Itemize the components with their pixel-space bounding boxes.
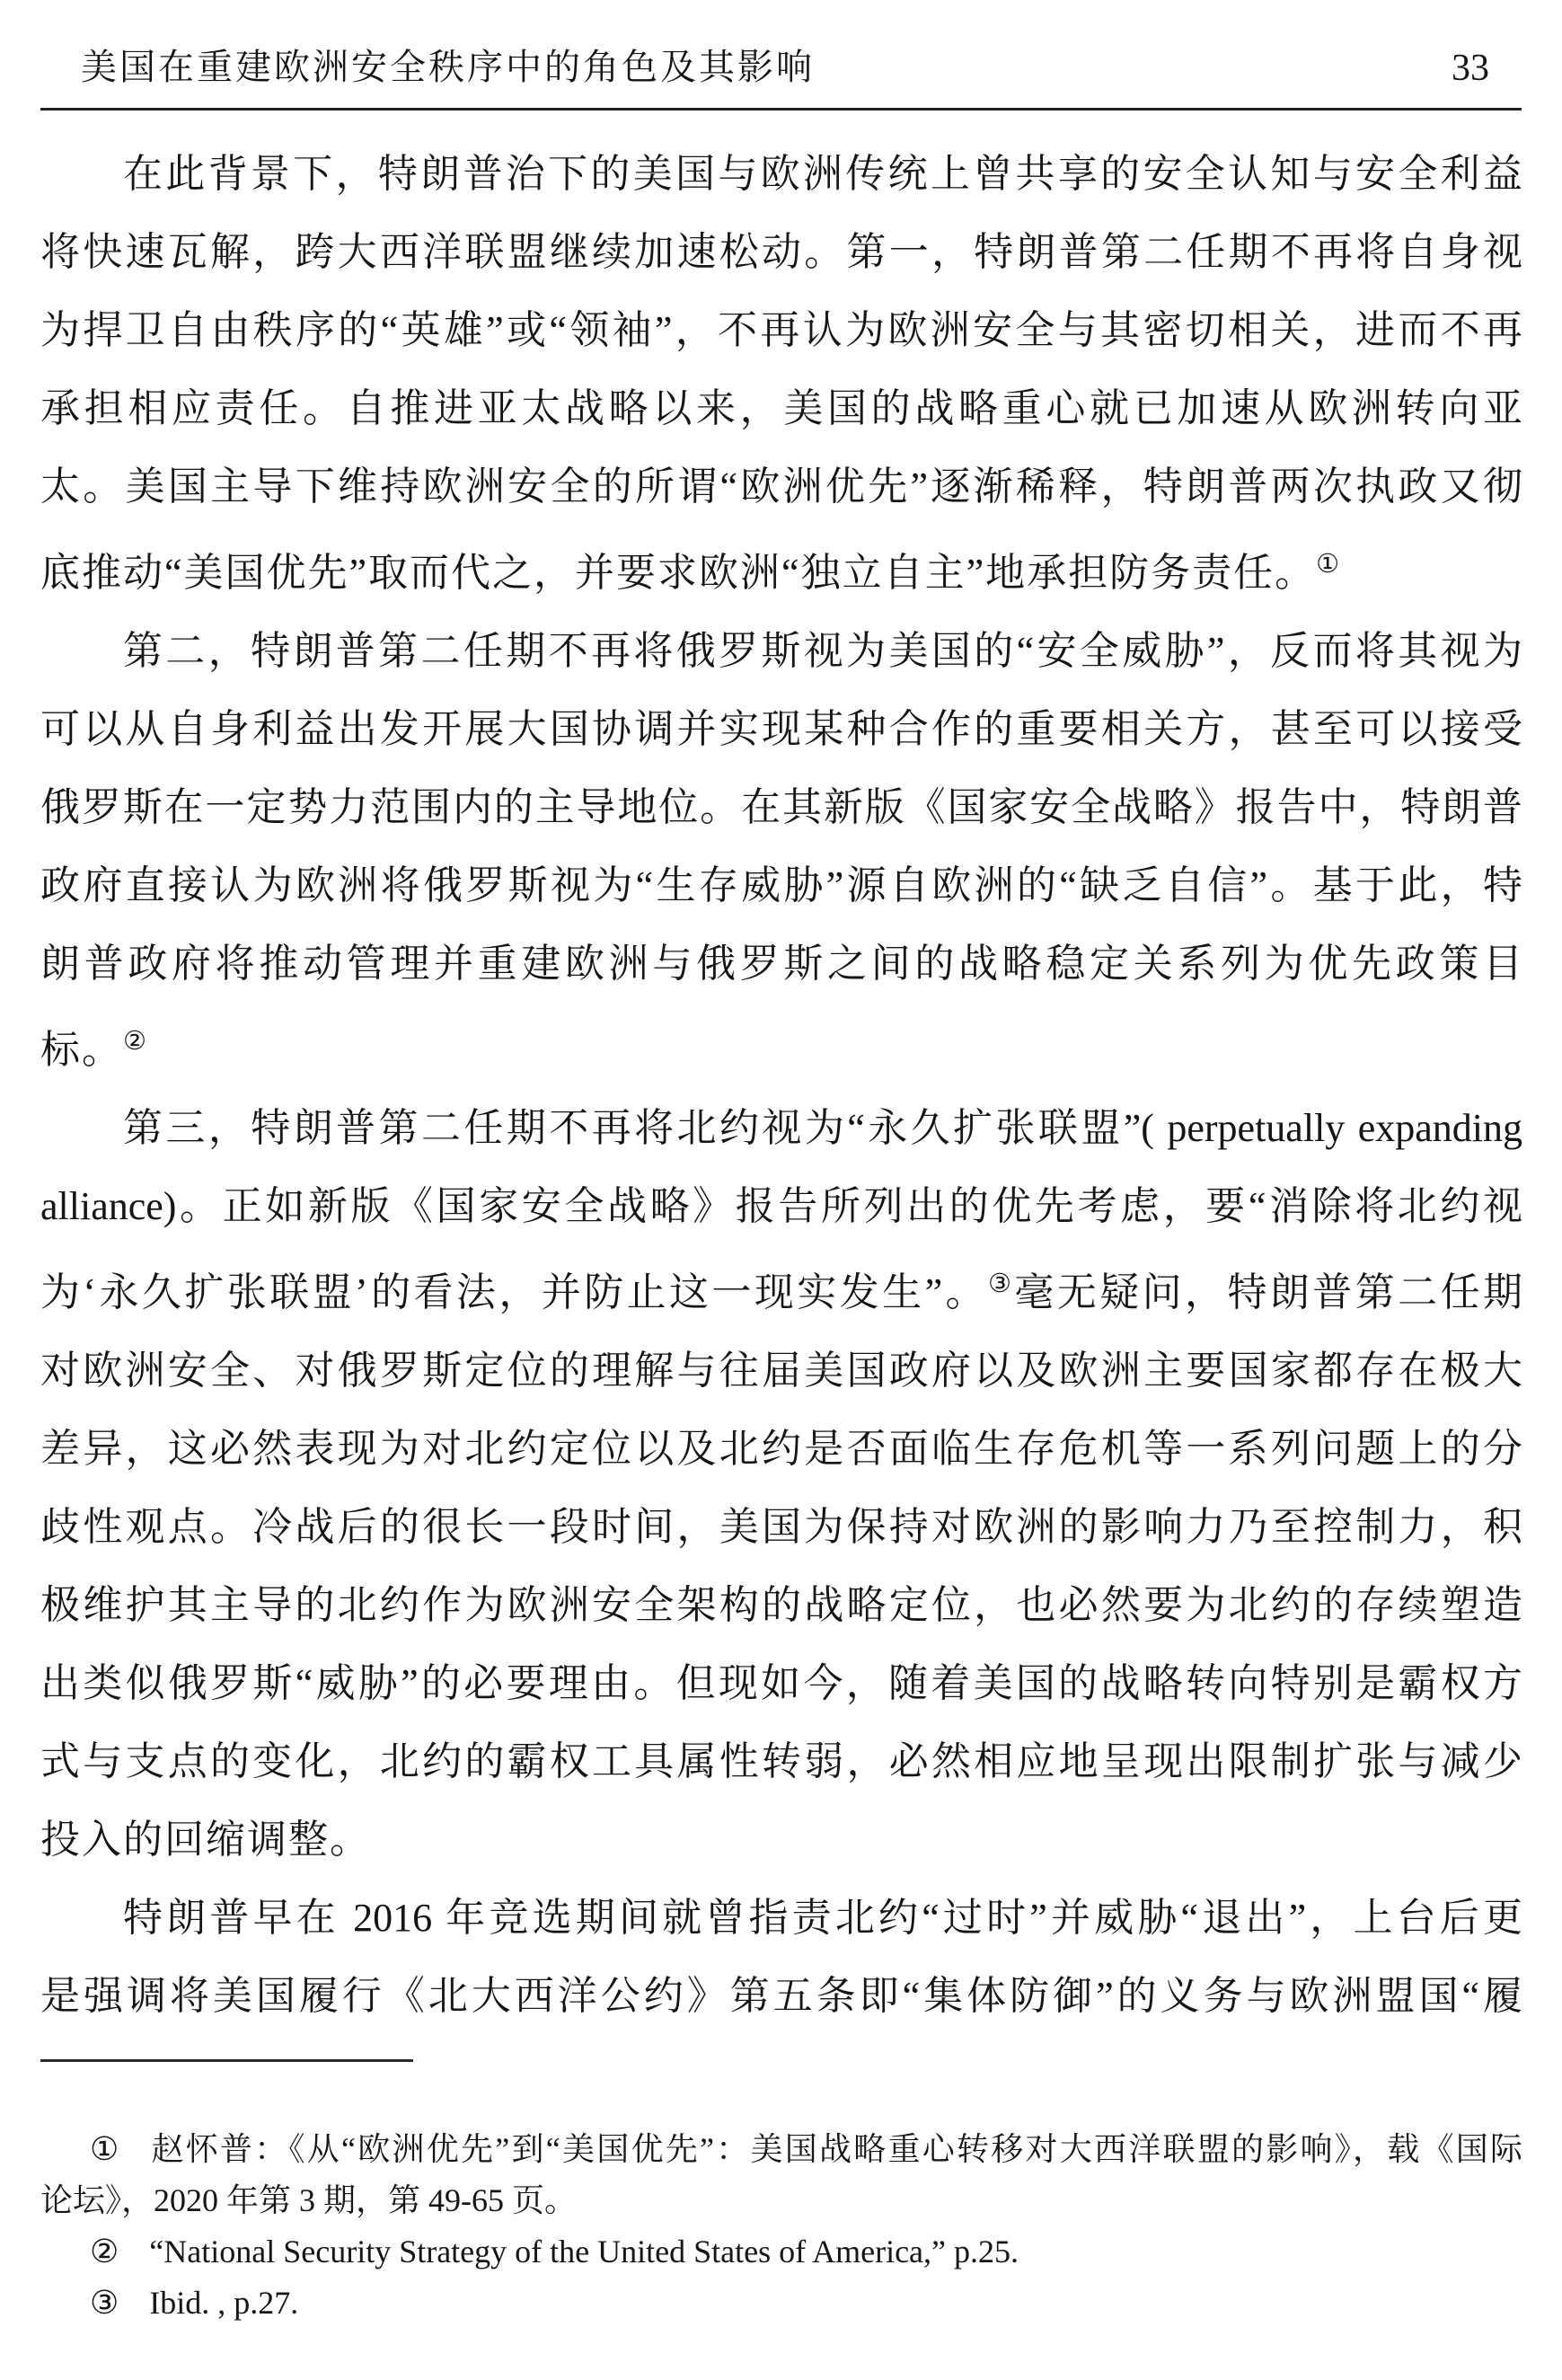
body-text: 标。: [40, 1028, 123, 1072]
body-line: 可以从自身利益出发开展大国协调并实现某种合作的重要相关方，甚至可以接受: [40, 690, 1522, 768]
journal-page: 美国在重建欧洲安全秩序中的角色及其影响 33 在此背景下，特朗普治下的美国与欧洲…: [0, 0, 1562, 2380]
footnote-item-2: ②“National Security Strategy of the Unit…: [40, 2226, 1522, 2278]
footnote-ref-2: ②: [123, 1027, 146, 1056]
body-line: 是强调将美国履行《北大西洋公约》第五条即“集体防御”的义务与欧洲盟国“履: [40, 1957, 1522, 2035]
body-line: 歧性观点。冷战后的很长一段时间，美国为保持对欧洲的影响力乃至控制力，积: [40, 1488, 1522, 1566]
body-line: 式与支点的变化，北约的霸权工具属性转弱，必然相应地呈现出限制扩张与减少: [40, 1722, 1522, 1800]
body-text: 为‘永久扩张联盟’的看法，并防止这一现实发生”。: [40, 1270, 988, 1314]
footnote-ref-1: ①: [1316, 550, 1339, 579]
body-line: 政府直接认为欧洲将俄罗斯视为“生存威胁”源自欧洲的“缺乏自信”。基于此，特: [40, 846, 1522, 925]
body-line: 第二，特朗普第二任期不再将俄罗斯视为美国的“安全威胁”，反而将其视为: [40, 612, 1522, 690]
footnote-item-1-continued: 论坛》，2020 年第 3 期，第 49-65 页。: [40, 2175, 1522, 2226]
paragraph-3: 第三，特朗普第二任期不再将北约视为“永久扩张联盟”( perpetually e…: [40, 1089, 1522, 1879]
footnote-item-1: ①赵怀普：《从“欧洲优先”到“美国优先”：美国战略重心转移对大西洋联盟的影响》，…: [40, 2124, 1522, 2175]
footnote-text: 赵怀普：《从“欧洲优先”到“美国优先”：美国战略重心转移对大西洋联盟的影响》，载…: [152, 2131, 1522, 2167]
footnote-item-3: ③Ibid. , p.27.: [40, 2278, 1522, 2329]
footnote-text: “National Security Strategy of the Unite…: [149, 2234, 1019, 2269]
footnote-marker-1: ①: [90, 2131, 121, 2167]
footnote-marker-2: ②: [90, 2234, 119, 2269]
footnote-ref-3: ③: [988, 1270, 1014, 1298]
paragraph-1: 在此背景下，特朗普治下的美国与欧洲传统上曾共享的安全认知与安全利益 将快速瓦解，…: [40, 135, 1522, 612]
page-number: 33: [1452, 47, 1489, 90]
running-title: 美国在重建欧洲安全秩序中的角色及其影响: [81, 39, 815, 90]
body-line: 俄罗斯在一定势力范围内的主导地位。在其新版《国家安全战略》报告中，特朗普: [40, 768, 1522, 846]
body-line: 太。美国主导下维持欧洲安全的所谓“欧洲优先”逐渐稀释，特朗普两次执政又彻: [40, 447, 1522, 526]
body-line: 承担相应责任。自推进亚太战略以来，美国的战略重心就已加速从欧洲转向亚: [40, 369, 1522, 447]
body-line: 差异，这必然表现为对北约定位以及北约是否面临生存危机等一系列问题上的分: [40, 1410, 1522, 1488]
paragraph-2: 第二，特朗普第二任期不再将俄罗斯视为美国的“安全威胁”，反而将其视为 可以从自身…: [40, 612, 1522, 1089]
body-line: 底推动“美国优先”取而代之，并要求欧洲“独立自主”地承担防务责任。①: [40, 526, 1522, 612]
body-line: 投入的回缩调整。: [40, 1800, 1522, 1879]
body-text: 底推动“美国优先”取而代之，并要求欧洲“独立自主”地承担防务责任。: [40, 551, 1316, 595]
body-line: 朗普政府将推动管理并重建欧洲与俄罗斯之间的战略稳定关系列为优先政策目: [40, 925, 1522, 1003]
footnote-divider: [40, 2059, 413, 2062]
body-line: 标。②: [40, 1003, 1522, 1089]
body-line: 对欧洲安全、对俄罗斯定位的理解与往届美国政府以及欧洲主要国家都存在极大: [40, 1332, 1522, 1410]
body-line: 为捍卫自由秩序的“英雄”或“领袖”，不再认为欧洲安全与其密切相关，进而不再: [40, 291, 1522, 369]
paragraph-4: 特朗普早在 2016 年竞选期间就曾指责北约“过时”并威胁“退出”，上台后更 是…: [40, 1879, 1522, 2035]
body-line: 第三，特朗普第二任期不再将北约视为“永久扩张联盟”( perpetually e…: [40, 1089, 1522, 1167]
header-rule: [40, 108, 1522, 111]
footnote-text: Ibid. , p.27.: [149, 2285, 298, 2321]
body-line: 将快速瓦解，跨大西洋联盟继续加速松动。第一，特朗普第二任期不再将自身视: [40, 213, 1522, 291]
page-header: 美国在重建欧洲安全秩序中的角色及其影响 33: [40, 47, 1522, 92]
body-line: 在此背景下，特朗普治下的美国与欧洲传统上曾共享的安全认知与安全利益: [40, 135, 1522, 213]
article-body: 在此背景下，特朗普治下的美国与欧洲传统上曾共享的安全认知与安全利益 将快速瓦解，…: [40, 135, 1522, 2035]
body-line: 为‘永久扩张联盟’的看法，并防止这一现实发生”。③毫无疑问，特朗普第二任期: [40, 1245, 1522, 1332]
body-text: 毫无疑问，特朗普第二任期: [1014, 1270, 1522, 1314]
footnote-marker-3: ③: [90, 2285, 119, 2321]
body-line: alliance)。正如新版《国家安全战略》报告所列出的优先考虑，要“消除将北约…: [40, 1167, 1522, 1245]
body-line: 出类似俄罗斯“威胁”的必要理由。但现如今，随着美国的战略转向特别是霸权方: [40, 1644, 1522, 1722]
footnote-section: ①赵怀普：《从“欧洲优先”到“美国优先”：美国战略重心转移对大西洋联盟的影响》，…: [40, 2124, 1522, 2329]
body-line: 极维护其主导的北约作为欧洲安全架构的战略定位，也必然要为北约的存续塑造: [40, 1566, 1522, 1644]
body-line: 特朗普早在 2016 年竞选期间就曾指责北约“过时”并威胁“退出”，上台后更: [40, 1879, 1522, 1957]
